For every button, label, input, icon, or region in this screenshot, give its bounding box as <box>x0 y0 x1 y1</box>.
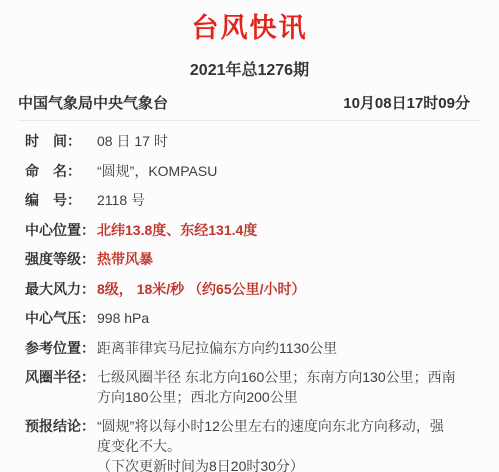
field-value: 998 hPa <box>97 309 481 329</box>
field-row-intensity: 强度等级： 热带风暴 <box>25 250 481 270</box>
field-value: 8级， 18米/秒 （约65公里/小时） <box>97 280 481 300</box>
field-row-wind-circle-radius: 风圈半径： 七级风圈半径 东北方向160公里；东南方向130公里；西南方向180… <box>25 368 481 407</box>
fields-list: 时 间： 08 日 17 时 命 名： “圆规”，KOMPASU 编 号： 21… <box>18 132 481 472</box>
field-value: 08 日 17 时 <box>97 132 481 152</box>
field-label: 编 号： <box>25 191 97 211</box>
field-label: 强度等级： <box>25 250 97 270</box>
agency-name: 中国气象局中央气象台 <box>18 95 168 113</box>
field-label: 最大风力： <box>25 280 97 300</box>
field-row-reference-position: 参考位置： 距离菲律宾马尼拉偏东方向约1130公里 <box>25 339 481 359</box>
header-divider <box>18 120 481 121</box>
field-value: 2118 号 <box>97 191 481 211</box>
field-row-max-wind: 最大风力： 8级， 18米/秒 （约65公里/小时） <box>25 280 481 300</box>
field-label: 预报结论： <box>25 417 97 437</box>
issue-number: 2021年总1276期 <box>18 61 481 80</box>
forecast-text: “圆规”将以每小时12公里左右的速度向东北方向移动，强度变化不大。 <box>97 418 444 454</box>
field-label: 中心气压： <box>25 309 97 329</box>
field-value: 七级风圈半径 东北方向160公里；东南方向130公里；西南方向180公里；西北方… <box>97 368 481 407</box>
typhoon-bulletin: 台风快讯 2021年总1276期 中国气象局中央气象台 10月08日17时09分… <box>0 0 499 472</box>
field-row-center-position: 中心位置： 北纬13.8度、东经131.4度 <box>25 221 481 241</box>
field-value: 距离菲律宾马尼拉偏东方向约1130公里 <box>97 339 481 359</box>
next-update-note: （下次更新时间为8日20时30分） <box>97 457 457 472</box>
page-title: 台风快讯 <box>18 0 481 44</box>
field-value: “圆规”，KOMPASU <box>97 162 481 182</box>
field-row-time: 时 间： 08 日 17 时 <box>25 132 481 152</box>
field-value: “圆规”将以每小时12公里左右的速度向东北方向移动，强度变化不大。 （下次更新时… <box>97 417 481 472</box>
field-label: 风圈半径： <box>25 368 97 388</box>
field-row-forecast-conclusion: 预报结论： “圆规”将以每小时12公里左右的速度向东北方向移动，强度变化不大。 … <box>25 417 481 472</box>
field-label: 时 间： <box>25 132 97 152</box>
field-label: 命 名： <box>25 162 97 182</box>
field-row-pressure: 中心气压： 998 hPa <box>25 309 481 329</box>
field-row-number: 编 号： 2118 号 <box>25 191 481 211</box>
field-value: 北纬13.8度、东经131.4度 <box>97 221 481 241</box>
field-row-name: 命 名： “圆规”，KOMPASU <box>25 162 481 182</box>
field-label: 参考位置： <box>25 339 97 359</box>
issue-datetime: 10月08日17时09分 <box>343 95 481 113</box>
field-label: 中心位置： <box>25 221 97 241</box>
bulletin-header: 中国气象局中央气象台 10月08日17时09分 <box>18 95 481 113</box>
field-value: 热带风暴 <box>97 250 481 270</box>
